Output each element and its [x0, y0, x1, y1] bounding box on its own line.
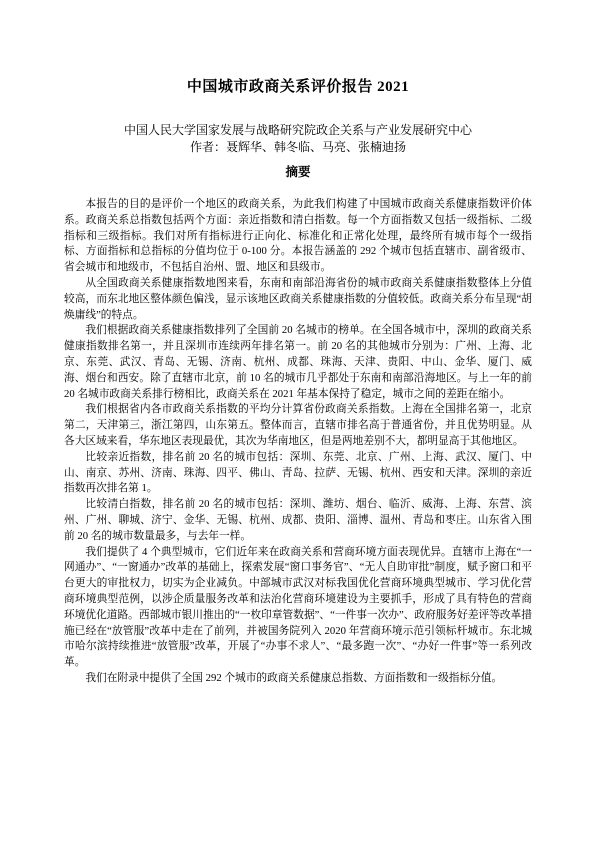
paragraph-4: 我们根据省内各市政商关系指数的平均分计算省份政商关系指数。上海在全国排名第一，北…	[64, 402, 532, 449]
document-page: 中国城市政商关系评价报告 2021 中国人民大学国家发展与战略研究院政企关系与产…	[0, 0, 595, 842]
paragraph-5: 比较亲近指数，排名前 20 名的城市包括：深圳、东莞、北京、广州、上海、武汉、厦…	[64, 450, 532, 497]
abstract-heading: 摘要	[64, 166, 532, 179]
institution-line: 中国人民大学国家发展与战略研究院政企关系与产业发展研究中心	[64, 122, 532, 139]
paragraph-3: 我们根据政商关系健康指数排列了全国前 20 名城市的榜单。在全国各城市中，深圳的…	[64, 323, 532, 402]
abstract-body: 本报告的目的是评价一个地区的政商关系，为此我们构建了中国城市政商关系健康指数评价…	[64, 197, 532, 687]
authors-line: 作者：聂辉华、韩冬临、马亮、张楠迪扬	[64, 139, 532, 156]
paragraph-7: 我们提供了 4 个典型城市，它们近年来在政商关系和营商环境方面表现优异。直辖市上…	[64, 545, 532, 671]
paragraph-1: 本报告的目的是评价一个地区的政商关系，为此我们构建了中国城市政商关系健康指数评价…	[64, 197, 532, 276]
paragraph-8: 我们在附录中提供了全国 292 个城市的政商关系健康总指数、方面指数和一级指标分…	[64, 671, 532, 687]
report-title: 中国城市政商关系评价报告 2021	[64, 80, 532, 95]
paragraph-6: 比较清白指数，排名前 20 名的城市包括：深圳、潍坊、烟台、临沂、威海、上海、东…	[64, 497, 532, 544]
paragraph-2: 从全国政商关系健康指数地图来看，东南和南部沿海省份的城市政商关系健康指数整体上分…	[64, 276, 532, 323]
